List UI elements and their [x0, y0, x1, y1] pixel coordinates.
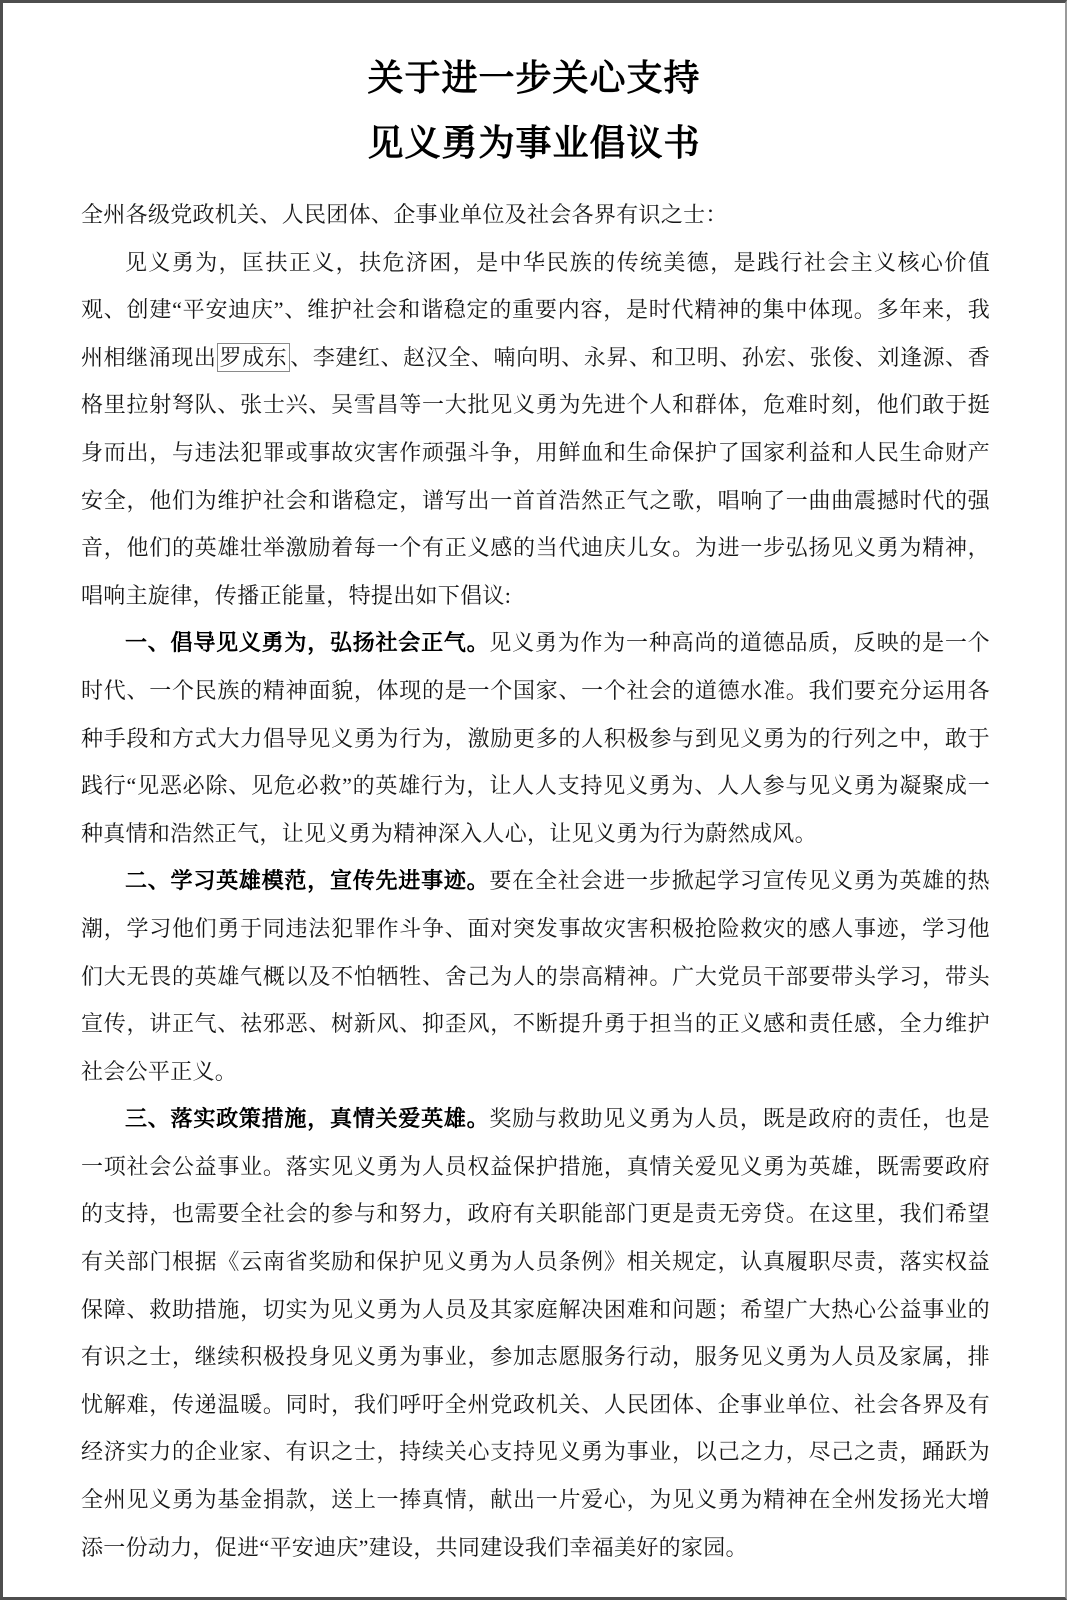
section-heading: 二、学习英雄模范，宣传先进事迹。	[125, 868, 489, 893]
salutation-line: 全州各级党政机关、人民团体、企事业单位及社会各界有识之士：	[81, 191, 990, 239]
document-page: 关于进一步关心支持 见义勇为事业倡议书 全州各级党政机关、人民团体、企事业单位及…	[0, 0, 1067, 1600]
document-title-line-2: 见义勇为事业倡议书	[3, 110, 1065, 175]
section-heading: 三、落实政策措施，真情关爱英雄。	[125, 1106, 489, 1131]
paragraph-section-2: 二、学习英雄模范，宣传先进事迹。要在全社会进一步掀起学习宣传见义勇为英雄的热潮，…	[81, 857, 990, 1095]
paragraph-text: 奖励与救助见义勇为人员，既是政府的责任，也是一项社会公益事业。落实见义勇为人员权…	[81, 1106, 990, 1559]
boxed-name: 罗成东	[217, 343, 291, 372]
paragraph-text: 、李建红、赵汉全、喃向明、永昇、和卫明、孙宏、张俊、刘逢源、香格里拉射弩队、张士…	[81, 345, 990, 608]
document-body: 全州各级党政机关、人民团体、企事业单位及社会各界有识之士： 见义勇为，匡扶正义，…	[81, 191, 990, 1571]
paragraph-section-1: 一、倡导见义勇为，弘扬社会正气。见义勇为作为一种高尚的道德品质，反映的是一个时代…	[81, 619, 990, 857]
document-title: 关于进一步关心支持 见义勇为事业倡议书	[3, 3, 1065, 175]
paragraph-section-3: 三、落实政策措施，真情关爱英雄。奖励与救助见义勇为人员，既是政府的责任，也是一项…	[81, 1095, 990, 1571]
section-heading: 一、倡导见义勇为，弘扬社会正气。	[125, 630, 489, 655]
paragraph-text: 要在全社会进一步掀起学习宣传见义勇为英雄的热潮，学习他们勇于同违法犯罪作斗争、面…	[81, 868, 990, 1083]
paragraph-text: 见义勇为作为一种高尚的道德品质，反映的是一个时代、一个民族的精神面貌，体现的是一…	[81, 630, 990, 845]
document-title-line-1: 关于进一步关心支持	[3, 45, 1065, 110]
paragraph-intro: 见义勇为，匡扶正义，扶危济困，是中华民族的传统美德，是践行社会主义核心价值观、创…	[81, 239, 990, 620]
